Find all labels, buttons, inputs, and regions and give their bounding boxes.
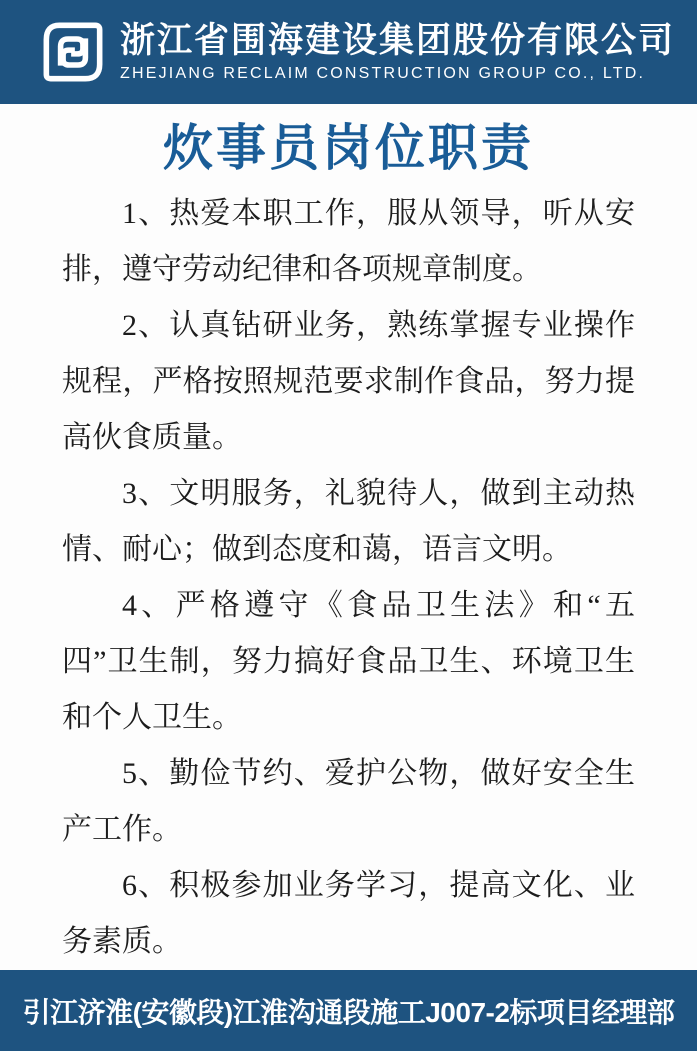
company-logo-icon [42,21,104,83]
company-header-bar: 浙江省围海建设集团股份有限公司 ZHEJIANG RECLAIM CONSTRU… [0,0,697,104]
company-name-chinese: 浙江省围海建设集团股份有限公司 [120,21,675,61]
duty-item-2: 2、认真钻研业务，熟练掌握专业操作规程，严格按照规范要求制作食品，努力提高伙食质… [62,298,635,466]
duty-item-4: 4、严格遵守《食品卫生法》和“五四”卫生制，努力搞好食品卫生、环境卫生和个人卫生… [62,578,635,746]
page-title: 炊事员岗位职责 [62,118,635,178]
poster-page: 浙江省围海建设集团股份有限公司 ZHEJIANG RECLAIM CONSTRU… [0,0,697,1051]
duty-item-6: 6、积极参加业务学习，提高文化、业务素质。 [62,858,635,970]
duties-content: 炊事员岗位职责 1、热爱本职工作，服从领导，听从安排，遵守劳动纪律和各项规章制度… [0,104,697,970]
project-footer-bar: 引江济淮(安徽段)江淮沟通段施工J007-2标项目经理部 [0,970,697,1051]
duty-item-5: 5、勤俭节约、爱护公物，做好安全生产工作。 [62,746,635,858]
company-name-english: ZHEJIANG RECLAIM CONSTRUCTION GROUP CO.,… [120,65,675,83]
duty-item-1: 1、热爱本职工作，服从领导，听从安排，遵守劳动纪律和各项规章制度。 [62,186,635,298]
duty-item-3: 3、文明服务，礼貌待人，做到主动热情、耐心；做到态度和蔼，语言文明。 [62,466,635,578]
company-name-block: 浙江省围海建设集团股份有限公司 ZHEJIANG RECLAIM CONSTRU… [120,21,675,83]
project-department-label: 引江济淮(安徽段)江淮沟通段施工J007-2标项目经理部 [23,991,675,1031]
